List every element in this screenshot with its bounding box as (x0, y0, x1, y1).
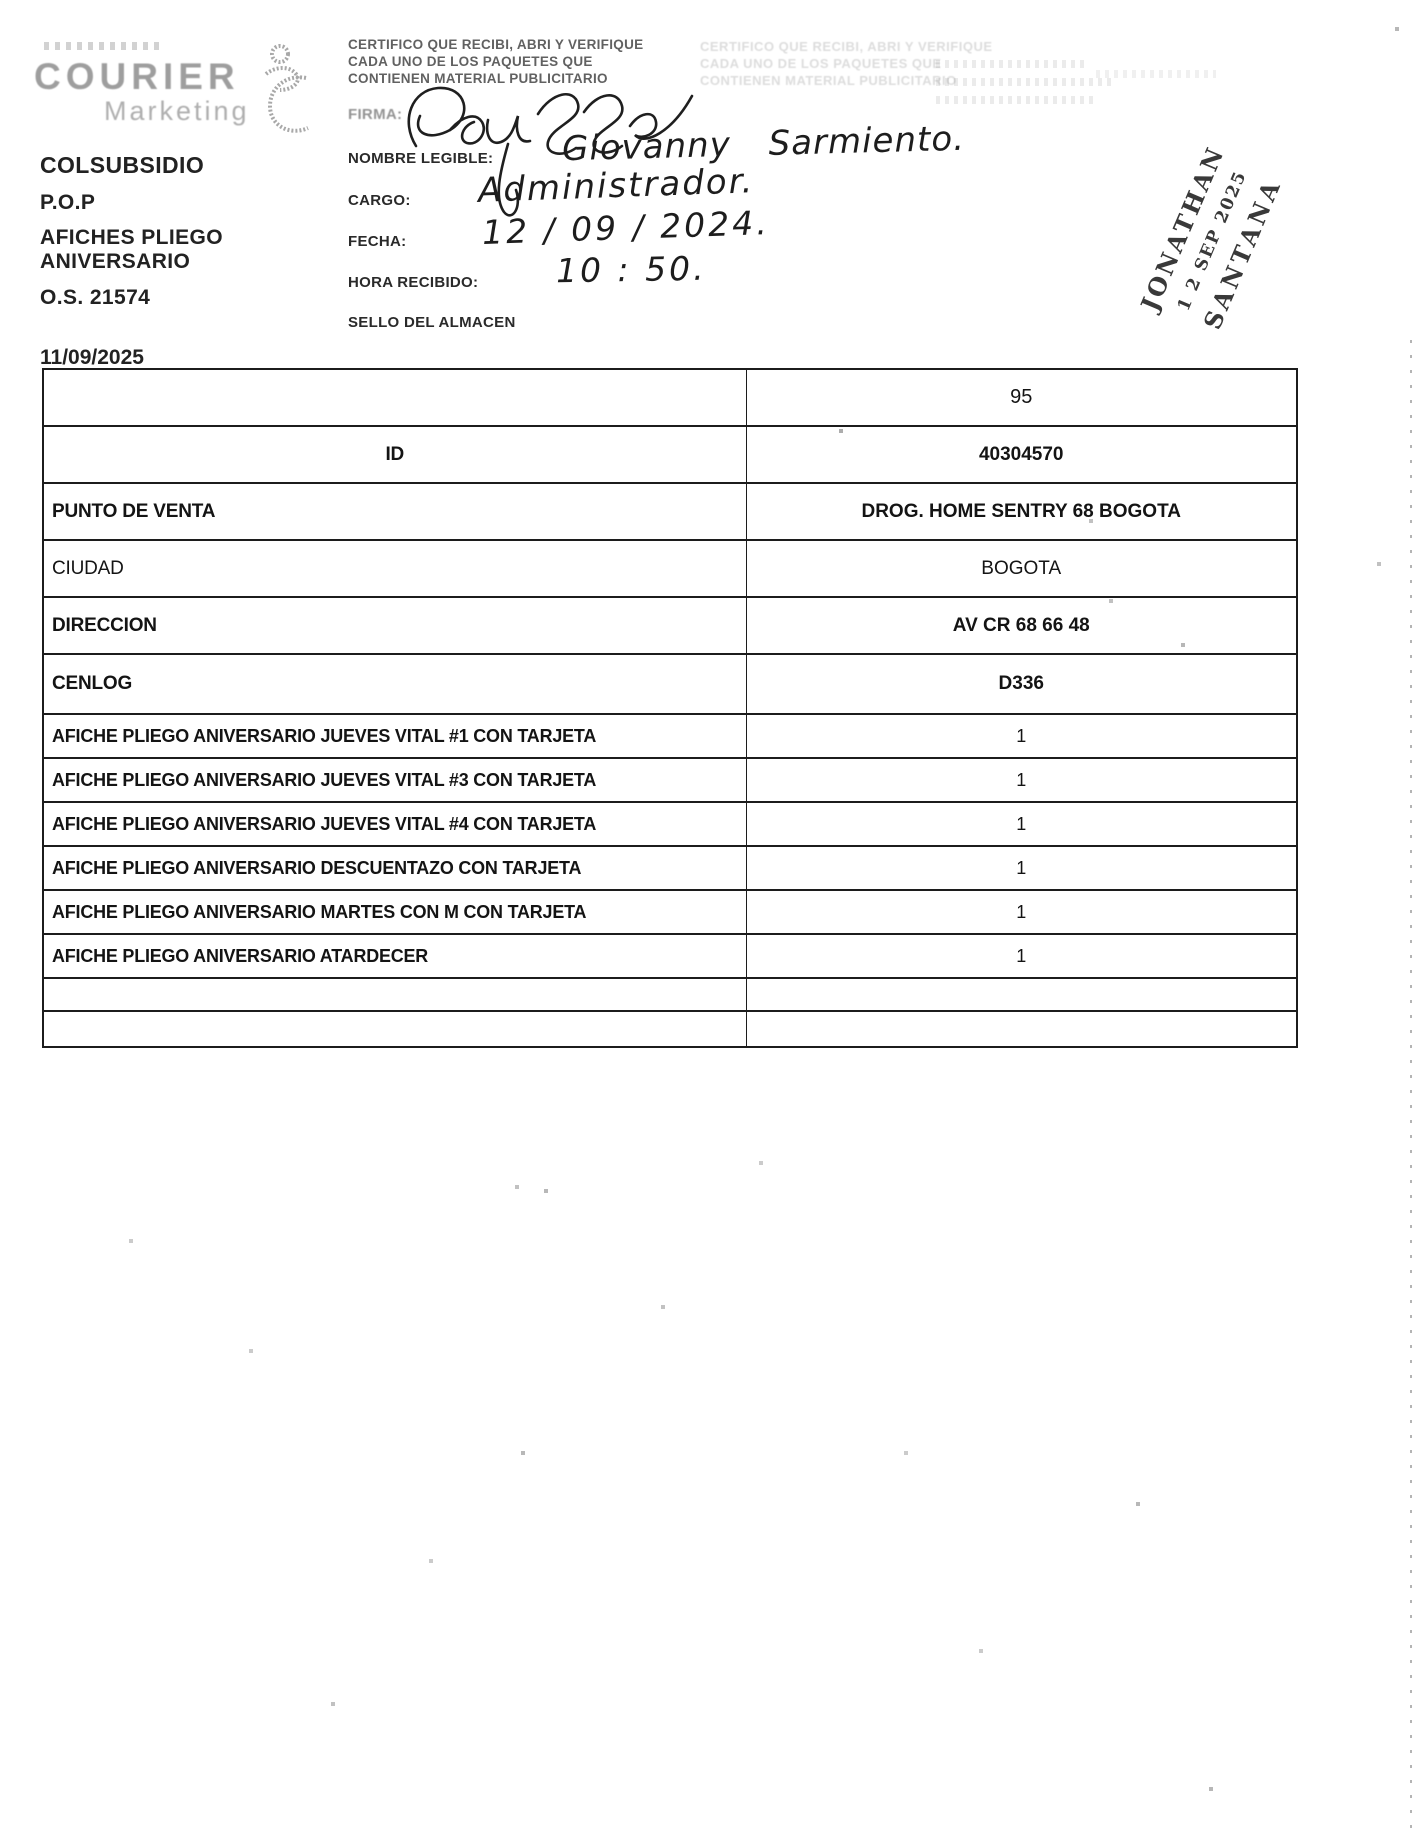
table-row: AFICHE PLIEGO ANIVERSARIO ATARDECER 1 (43, 934, 1297, 978)
courier-logo: COURIER Marketing (26, 38, 326, 148)
table-row: AFICHE PLIEGO ANIVERSARIO JUEVES VITAL #… (43, 714, 1297, 758)
row-value-cell: 1 (746, 758, 1297, 802)
table-row-empty (43, 978, 1297, 1011)
delivery-table: 95 ID 40304570 PUNTO DE VENTA DROG. HOME… (42, 368, 1296, 1048)
row-label-cell: AFICHE PLIEGO ANIVERSARIO JUEVES VITAL #… (43, 758, 746, 802)
scan-edge-dots (1410, 340, 1412, 1834)
row-value-cell (746, 1011, 1297, 1047)
warehouse-stamp: JONATHAN 1 2 SEP 2025 SANTANA (1058, 77, 1367, 404)
row-label-cell: DIRECCION (43, 597, 746, 654)
row-value-cell: 95 (746, 369, 1297, 426)
row-value-cell: AV CR 68 66 48 (746, 597, 1297, 654)
row-value-cell: D336 (746, 654, 1297, 714)
table-row: CENLOG D336 (43, 654, 1297, 714)
row-value-cell: 1 (746, 890, 1297, 934)
row-label-cell (43, 978, 746, 1011)
row-value-cell: 1 (746, 846, 1297, 890)
header-pop: P.O.P (40, 191, 360, 215)
row-label-cell: AFICHE PLIEGO ANIVERSARIO MARTES CON M C… (43, 890, 746, 934)
header-campaign: AFICHES PLIEGO ANIVERSARIO (40, 226, 360, 274)
row-value-cell: 1 (746, 714, 1297, 758)
scanned-delivery-receipt: COURIER Marketing COLSUBSIDIO P.O.P AFIC… (0, 0, 1420, 1834)
delivery-table-grid: 95 ID 40304570 PUNTO DE VENTA DROG. HOME… (42, 368, 1298, 1048)
row-value-cell: BOGOTA (746, 540, 1297, 597)
logo-tagline-faded (44, 42, 164, 50)
table-row: AFICHE PLIEGO ANIVERSARIO JUEVES VITAL #… (43, 802, 1297, 846)
row-value-cell: 40304570 (746, 426, 1297, 483)
row-label-cell (43, 1011, 746, 1047)
table-row: CIUDAD BOGOTA (43, 540, 1297, 597)
scan-noise-dots (0, 0, 2, 2)
ghost-text-bar (936, 78, 1111, 86)
row-label-cell: CENLOG (43, 654, 746, 714)
table-row: AFICHE PLIEGO ANIVERSARIO JUEVES VITAL #… (43, 758, 1297, 802)
logo-wordmark: COURIER (34, 56, 240, 98)
row-label-cell (43, 369, 746, 426)
table-row: AFICHE PLIEGO ANIVERSARIO DESCUENTAZO CO… (43, 846, 1297, 890)
row-value-cell: DROG. HOME SENTRY 68 BOGOTA (746, 483, 1297, 540)
header-date: 11/09/2025 (40, 346, 360, 370)
table-row: ID 40304570 (43, 426, 1297, 483)
certification-line: CADA UNO DE LOS PAQUETES QUE (348, 53, 668, 70)
table-row: 95 (43, 369, 1297, 426)
row-label-cell: AFICHE PLIEGO ANIVERSARIO DESCUENTAZO CO… (43, 846, 746, 890)
fecha-label: FECHA: (348, 233, 406, 250)
hora-label: HORA RECIBIDO: (348, 274, 478, 291)
table-row-empty (43, 1011, 1297, 1047)
ghost-text-bar (936, 60, 1086, 68)
row-label-cell: ID (43, 426, 746, 483)
order-header: COLSUBSIDIO P.O.P AFICHES PLIEGO ANIVERS… (40, 152, 360, 370)
row-label-cell: AFICHE PLIEGO ANIVERSARIO JUEVES VITAL #… (43, 714, 746, 758)
table-row: PUNTO DE VENTA DROG. HOME SENTRY 68 BOGO… (43, 483, 1297, 540)
hora-handwriting: 10 : 50. (556, 249, 707, 291)
row-label-cell: AFICHE PLIEGO ANIVERSARIO JUEVES VITAL #… (43, 802, 746, 846)
order-number: O.S. 21574 (40, 286, 360, 310)
row-label-cell: CIUDAD (43, 540, 746, 597)
row-value-cell (746, 978, 1297, 1011)
sello-label: SELLO DEL ALMACEN (348, 314, 516, 331)
courier-figure-icon (236, 40, 326, 140)
table-row: DIRECCION AV CR 68 66 48 (43, 597, 1297, 654)
row-value-cell: 1 (746, 934, 1297, 978)
ghost-logo-bar (1096, 70, 1216, 78)
row-label-cell: PUNTO DE VENTA (43, 483, 746, 540)
table-row: AFICHE PLIEGO ANIVERSARIO MARTES CON M C… (43, 890, 1297, 934)
row-label-cell: AFICHE PLIEGO ANIVERSARIO ATARDECER (43, 934, 746, 978)
logo-subtext: Marketing (104, 96, 250, 127)
company-name: COLSUBSIDIO (40, 152, 360, 179)
certification-line: CERTIFICO QUE RECIBI, ABRI Y VERIFIQUE (348, 36, 668, 53)
row-value-cell: 1 (746, 802, 1297, 846)
ghost-text-bar (936, 96, 1096, 104)
